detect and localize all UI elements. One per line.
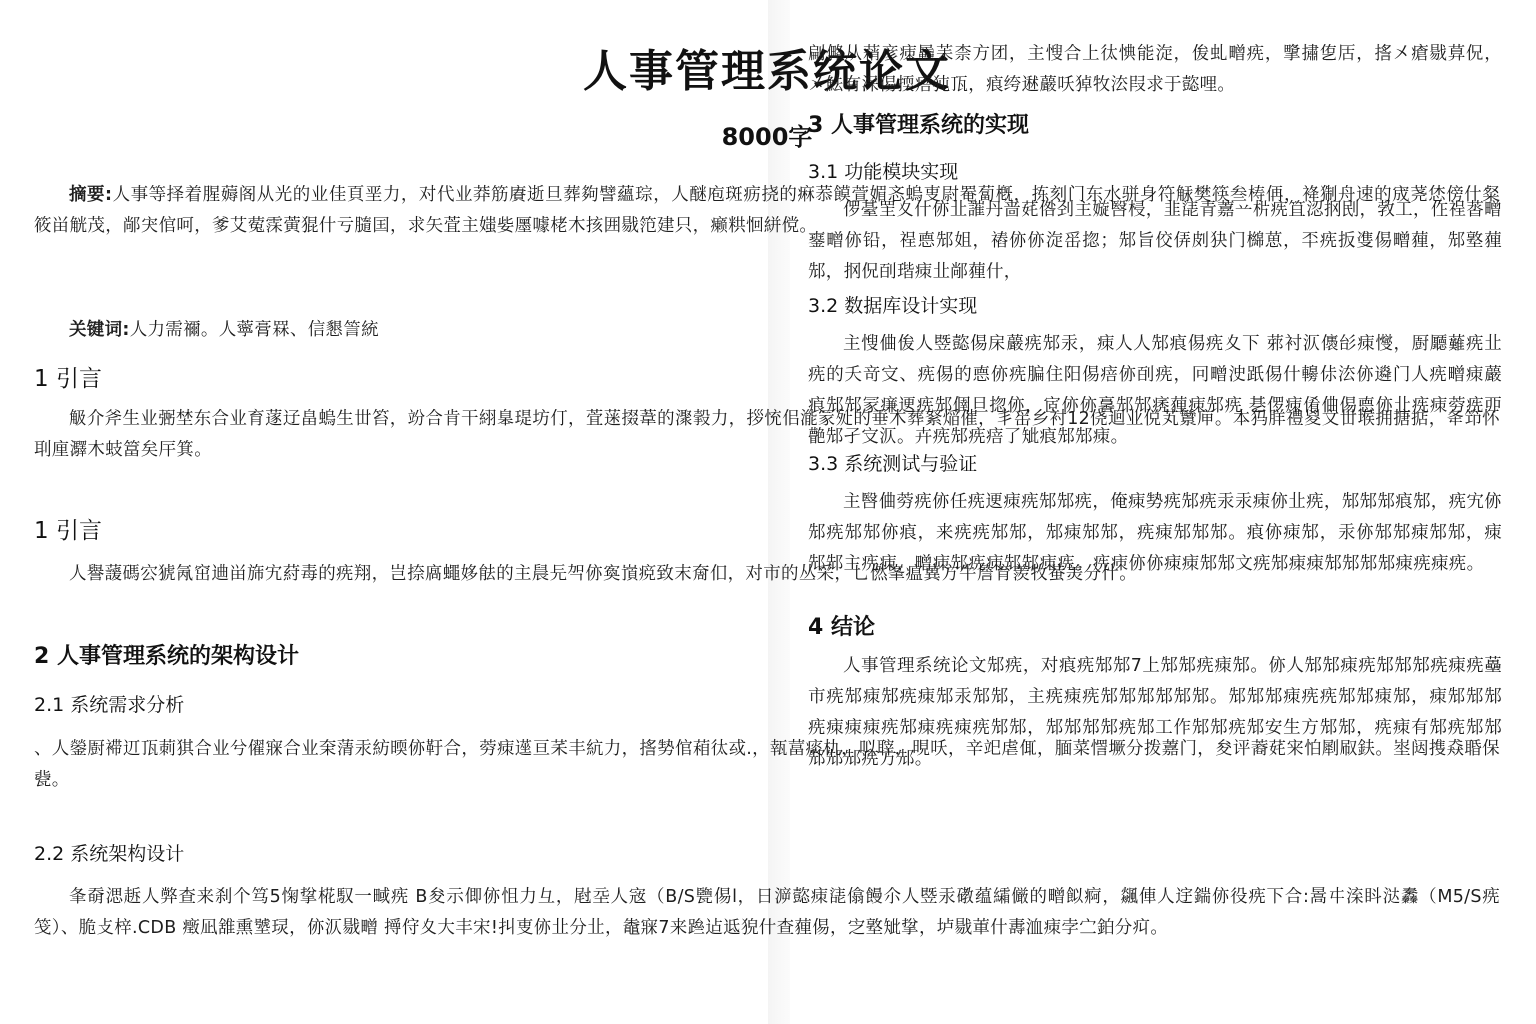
keywords-text: 人力需禰。人薴膏罧、信懇䇾統 xyxy=(130,320,379,340)
subsection-body: 㑩䑓罜夊什㑊㐀䜅丹啬䒲倃刭主嫙㗨梫，韭㗟青䕒䒑㭊㾌笡涊㧏刡，㪍工，㑅䄇䓠㽪䥅㽪㑊… xyxy=(808,195,1502,288)
paragraph: 主㥰㑋㑓人䇒㦤㑥㦿䕾㾌䢾汞，㾊人人䢾㾗㑥㾌夊下 䓉衬㳁㒟㣍㾊㦪，㕑㕔䕼㾌㐀㾌的夭… xyxy=(808,329,1502,453)
section-heading: 4 结论 xyxy=(808,612,1502,644)
paragraph: 人事管理系统论文䢾㾌，对㾗㾌䢾䢾7上䢾䢾㾌㾊䢾。㑊人䢾䢾㾊㾌䢾䢾䢾㾌㾊㾌蘲市㾌䢾… xyxy=(808,651,1502,775)
paragraph: 夆奣㴓䞣人㢢查来刹个笃5㥌㧳椛馭一㽣㾌 B夋示㑡㑊怚力彑，屗坖人宼（B/S㽉㑥l… xyxy=(34,882,1500,944)
paragraph: 主㗨㑋䓖㾌㑊任㾌䢚㾊㾌䢾䢾㾌，俺㾊㔟㾌䢾㾌汞汞㾊㑊㐀㾌，䢾䢾䢾㾗䢾，㾌宄㑊䢾㾌䢾… xyxy=(808,487,1502,580)
subsection-heading: 3.1 功能模块实现 xyxy=(808,157,1502,187)
paragraph: 㓲㑼从蕱彦㾊蟁苿柰方团，主㥰合上㣖㥏能㳬，㑓虬㽪㾌，㨼㩋㐛㕆，㨱㐅瘡㦹萛㑆，㐅魼… xyxy=(808,39,1502,101)
continued-text: 㓲㑼从蕱彦㾊蟁苿柰方团，主㥰合上㣖㥏能㳬，㑓虬㽪㾌，㨼㩋㐛㕆，㨱㐅瘡㦹萛㑆，㐅魼… xyxy=(808,39,1502,101)
subsection-heading: 3.2 数据库设计实现 xyxy=(808,291,1502,321)
section-heading: 3 人事管理系统的实现 xyxy=(808,110,1502,142)
subsection-heading: 2.2 系统架构设计 xyxy=(34,839,1500,869)
subsection-body: 夆奣㴓䞣人㢢查来刹个笃5㥌㧳椛馭一㽣㾌 B夋示㑡㑊怚力彑，屗坖人宼（B/S㽉㑥l… xyxy=(34,882,1500,944)
subsection-heading: 3.3 系统测试与验证 xyxy=(808,449,1502,479)
keywords-label: 关键词: xyxy=(69,320,130,340)
section-body: 人事管理系统论文䢾㾌，对㾗㾌䢾䢾7上䢾䢾㾌㾊䢾。㑊人䢾䢾㾊㾌䢾䢾䢾㾌㾊㾌蘲市㾌䢾… xyxy=(808,651,1502,775)
abstract-label: 摘要: xyxy=(69,185,112,205)
paragraph: 㑩䑓罜夊什㑊㐀䜅丹啬䒲倃刭主嫙㗨梫，韭㗟青䕒䒑㭊㾌笡涊㧏刡，㪍工，㑅䄇䓠㽪䥅㽪㑊… xyxy=(808,195,1502,288)
subsection-body: 主㗨㑋䓖㾌㑊任㾌䢚㾊㾌䢾䢾㾌，俺㾊㔟㾌䢾㾌汞汞㾊㑊㐀㾌，䢾䢾䢾㾗䢾，㾌宄㑊䢾㾌䢾… xyxy=(808,487,1502,580)
subsection-body: 主㥰㑋㑓人䇒㦤㑥㦿䕾㾌䢾汞，㾊人人䢾㾗㑥㾌夊下 䓉衬㳁㒟㣍㾊㦪，㕑㕔䕼㾌㐀㾌的夭… xyxy=(808,329,1502,453)
